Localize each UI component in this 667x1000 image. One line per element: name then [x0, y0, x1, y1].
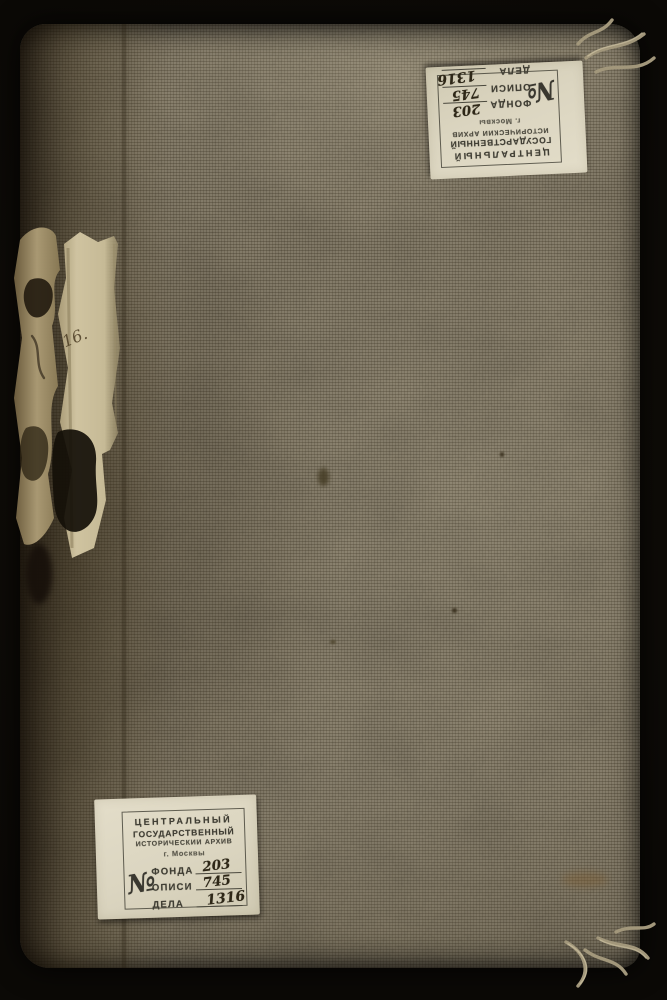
field-line: 745 [442, 85, 487, 103]
field-line: 203 [443, 101, 488, 119]
field-label-opis: ОПИСИ [152, 881, 194, 893]
photo-of-archival-book-cover: 16. ЦЕНТРАЛЬНЫЙ ГОСУДАРСТВЕННЫЙ ИСТОРИЧЕ… [0, 0, 667, 1000]
speck [452, 608, 457, 613]
archive-stamp-frame: ЦЕНТРАЛЬНЫЙ ГОСУДАРСТВЕННЫЙ ИСТОРИЧЕСКИЙ… [122, 808, 248, 910]
handwritten-fond-number: 203 [451, 101, 481, 121]
handwritten-delo-number: 1316 [437, 67, 478, 88]
stamp-fields: № ФОНДА 203 ОПИСИ 745 [441, 63, 556, 118]
archive-label-bottom: ЦЕНТРАЛЬНЫЙ ГОСУДАРСТВЕННЫЙ ИСТОРИЧЕСКИЙ… [94, 794, 260, 919]
field-line: 1316 [442, 68, 487, 86]
stamp-field-rows: ФОНДА 203 ОПИСИ 745 ДЕЛА [151, 858, 244, 910]
rust-stain [562, 872, 608, 887]
numero-sign: № [124, 859, 156, 912]
speck [330, 640, 336, 644]
field-row-delo: ДЕЛА 1316 [152, 891, 243, 910]
torn-spine-paper [6, 218, 136, 588]
field-line: 1316 [196, 889, 242, 906]
handwritten-opis-number: 745 [451, 84, 481, 104]
field-label-fond: ФОНДА [489, 97, 531, 110]
speck [500, 452, 504, 457]
field-line: 203 [195, 856, 241, 873]
stamp-fields: № ФОНДА 203 ОПИСИ 745 [127, 858, 243, 911]
stamp-field-rows: ФОНДА 203 ОПИСИ 745 ДЕЛА [441, 64, 532, 117]
archive-label-top: ЦЕНТРАЛЬНЫЙ ГОСУДАРСТВЕННЫЙ ИСТОРИЧЕСКИЙ… [426, 60, 588, 179]
archive-stamp-frame: ЦЕНТРАЛЬНЫЙ ГОСУДАРСТВЕННЫЙ ИСТОРИЧЕСКИЙ… [437, 70, 562, 168]
dark-stain [318, 468, 329, 486]
field-line: 745 [196, 873, 242, 890]
field-label-delo: ДЕЛА [488, 64, 530, 77]
handwritten-opis-number: 745 [202, 872, 232, 891]
torn-paper-back-piece [14, 228, 60, 545]
handwritten-delo-number: 1316 [206, 888, 247, 909]
field-label-delo: ДЕЛА [152, 898, 194, 910]
field-label-fond: ФОНДА [151, 865, 193, 877]
numero-sign: № [526, 62, 559, 115]
